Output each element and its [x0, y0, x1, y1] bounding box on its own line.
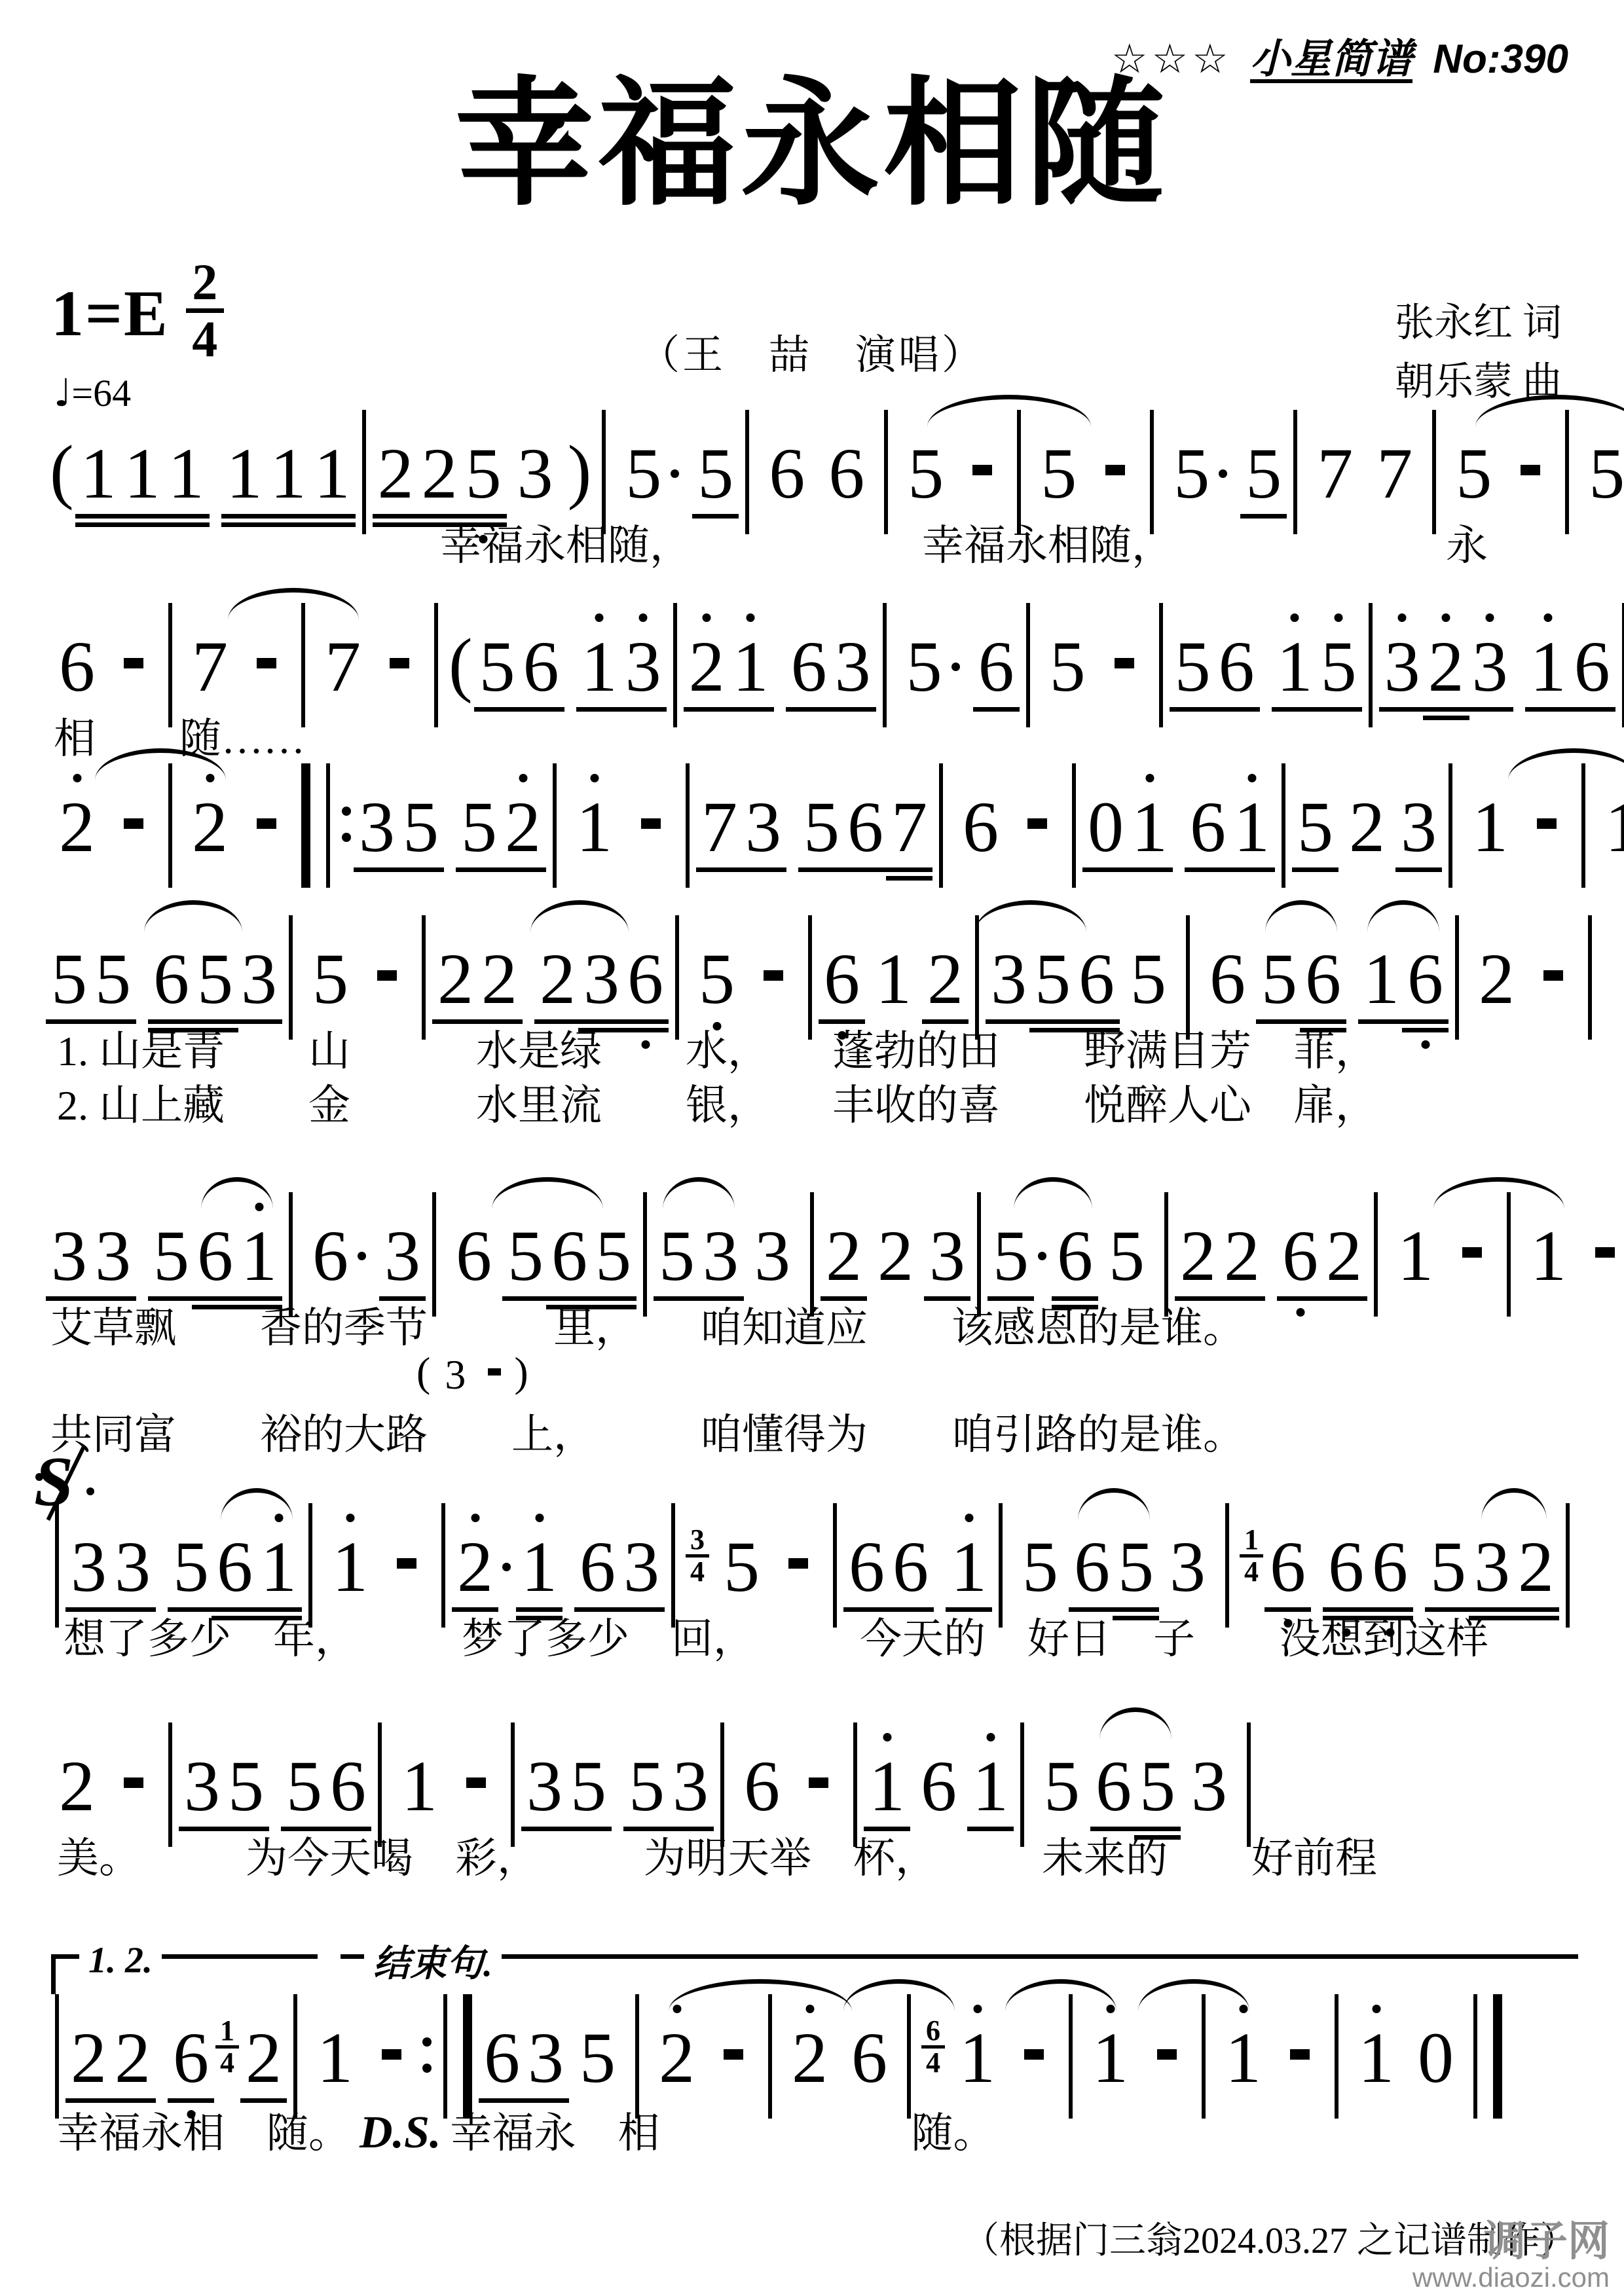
note: 1	[1232, 791, 1271, 863]
underline	[65, 2098, 112, 2103]
barline	[1335, 1994, 1338, 2119]
barline	[1282, 763, 1285, 888]
note: 2	[1223, 1220, 1261, 1292]
barline	[1247, 1722, 1251, 1847]
octave-dot-below	[1386, 1628, 1394, 1637]
octave-dot-above	[883, 1733, 891, 1741]
note: 2	[876, 1220, 915, 1292]
note: 3	[113, 1531, 152, 1603]
underline	[623, 1827, 670, 1831]
note: 3	[1383, 630, 1422, 702]
underline	[1029, 1028, 1076, 1032]
note: 1	[950, 1531, 988, 1603]
underline	[1300, 1028, 1346, 1032]
barline	[1588, 915, 1592, 1040]
underline	[887, 1607, 934, 1612]
parenthesis: (	[416, 1351, 430, 1393]
note: 2	[436, 943, 475, 1015]
underline	[500, 867, 546, 872]
note: 3	[624, 630, 663, 702]
underline	[1292, 867, 1338, 872]
note: 6	[891, 1531, 930, 1603]
repeat-dots	[422, 2037, 432, 2073]
octave-dot-below	[712, 1022, 721, 1030]
barline	[768, 1994, 772, 2119]
dash-beat	[788, 1558, 808, 1569]
underline	[886, 876, 932, 881]
note: 5	[1244, 437, 1283, 509]
note: 5	[1048, 630, 1087, 702]
underline	[255, 1607, 302, 1612]
lyric-line: 幸福永相 随。D.S.幸福永 相 随。	[47, 2105, 1585, 2160]
note: 3	[1399, 791, 1438, 863]
lyric-segment: 幸福永 相 随。	[450, 2110, 995, 2157]
underline	[1402, 1019, 1449, 1024]
notes-row: 33561636565533223565226211	[47, 1201, 1585, 1300]
underline	[728, 707, 774, 712]
underline	[574, 1607, 621, 1612]
meter-denominator: 4	[192, 315, 217, 363]
underline	[523, 2098, 569, 2103]
song-title: 幸福永相随	[0, 76, 1624, 215]
barline	[55, 1994, 59, 2119]
underline	[1300, 1019, 1346, 1024]
note: 2	[657, 2022, 696, 2094]
volta-bracket-1-2: 1. 2.	[51, 1954, 318, 1994]
underline	[379, 1296, 426, 1301]
note: 7	[323, 630, 362, 702]
verse-variant-notes: (3)	[414, 1354, 1585, 1406]
dash-beat	[1115, 658, 1134, 668]
barline	[675, 915, 679, 1040]
barline	[673, 603, 677, 727]
octave-dot-above	[639, 613, 648, 622]
underline	[696, 867, 743, 872]
note: 6	[1073, 1531, 1111, 1603]
note: 1	[520, 1531, 559, 1603]
barline	[289, 1192, 293, 1317]
note: 1	[331, 1531, 369, 1603]
note: 3	[928, 1220, 967, 1292]
note: 3	[183, 1750, 221, 1822]
underline	[986, 1019, 1032, 1024]
time-change: 14	[1240, 1527, 1263, 1584]
underline	[1052, 1296, 1098, 1301]
underline	[886, 867, 932, 872]
note: 2	[58, 791, 96, 863]
note: 1	[1471, 791, 1509, 863]
slur-arc	[1433, 1177, 1564, 1209]
note: 1	[1357, 2022, 1395, 2094]
note: 6	[196, 1220, 234, 1292]
underline	[1423, 707, 1469, 712]
underline	[479, 2098, 525, 2103]
note: 6	[1406, 943, 1445, 1015]
volta-bracket-ending: 结束句.	[341, 1954, 1578, 1994]
note: 2	[244, 2022, 283, 2094]
note: 2	[1325, 1220, 1363, 1292]
barline	[293, 1994, 297, 2119]
underline	[1358, 1019, 1405, 1024]
lyric-line: 幸福永相随， 幸福永相随， 永	[47, 521, 1585, 572]
underline	[1256, 1019, 1302, 1024]
slur-arc	[1014, 1177, 1092, 1209]
note: 1	[1091, 2022, 1130, 2094]
dash-beat	[124, 1777, 143, 1788]
barline	[808, 915, 812, 1040]
barline	[168, 1722, 172, 1847]
dash-beat	[377, 970, 397, 981]
barline	[939, 763, 943, 888]
note: 3	[744, 791, 783, 863]
underline	[163, 522, 210, 527]
underline	[1113, 1616, 1159, 1620]
note: 6	[58, 630, 96, 702]
note: 6	[847, 1531, 886, 1603]
underline	[373, 522, 419, 527]
note: 2	[69, 2022, 108, 2094]
underline	[1423, 716, 1469, 720]
underline	[221, 514, 268, 519]
barline	[326, 763, 330, 888]
note: 5	[1296, 791, 1335, 863]
barline	[1565, 410, 1569, 534]
underline	[518, 707, 564, 712]
note: 6	[1094, 1750, 1133, 1822]
barline	[833, 1503, 837, 1628]
note: 2	[191, 791, 229, 863]
augmentation-dot	[1219, 469, 1227, 478]
barline	[635, 1994, 639, 2119]
underline	[1082, 867, 1129, 872]
barline	[434, 603, 438, 727]
underline	[163, 514, 210, 519]
note: 2	[1348, 791, 1386, 863]
underline	[416, 522, 463, 527]
underline	[1395, 867, 1442, 872]
slur-arc	[663, 1177, 735, 1209]
barline	[301, 763, 310, 888]
note: 5	[285, 1750, 323, 1822]
underline	[236, 1019, 282, 1024]
note: 6	[790, 630, 828, 702]
note: 3	[1473, 1531, 1511, 1603]
underline	[212, 1616, 258, 1620]
note: 5	[594, 1220, 633, 1292]
underline	[830, 707, 876, 712]
note: 5	[697, 943, 736, 1015]
note: 7	[191, 630, 229, 702]
note: 7	[1316, 437, 1354, 509]
dash-beat	[1543, 970, 1563, 981]
underline	[667, 1827, 714, 1831]
note: 5	[94, 943, 132, 1015]
underline	[590, 1305, 637, 1309]
underline	[692, 514, 739, 519]
note: 1	[123, 437, 162, 509]
note: 5	[1116, 1531, 1155, 1603]
underline	[1402, 1028, 1449, 1032]
underline	[1090, 1827, 1137, 1831]
underline	[1525, 707, 1572, 712]
barline	[1493, 1994, 1502, 2119]
barline	[422, 915, 426, 1040]
note: 6	[827, 437, 866, 509]
barline	[1374, 1192, 1378, 1317]
note: 6	[767, 437, 806, 509]
octave-dot-below	[1296, 1308, 1304, 1317]
lyric-line: 2. 山上藏 金 水里流 银， 丰收的喜 悦醉人心 扉，	[47, 1081, 1585, 1131]
barline	[553, 763, 557, 888]
underline	[819, 1019, 865, 1024]
underline	[148, 1028, 194, 1032]
note: 3	[383, 1220, 422, 1292]
barline	[1017, 410, 1021, 534]
barline	[1225, 1503, 1229, 1628]
underline	[1134, 1827, 1181, 1831]
note: 1	[580, 630, 619, 702]
note: 1	[868, 1750, 906, 1822]
notes-row: 677(56132163565561532316	[47, 612, 1585, 710]
barline	[301, 603, 305, 727]
dash-beat	[257, 818, 276, 829]
note: 5	[569, 1750, 608, 1822]
octave-dot-above	[206, 774, 214, 782]
parenthesis: (	[50, 435, 74, 507]
dash-beat	[724, 2049, 743, 2060]
octave-dot-above	[73, 774, 81, 782]
lyric-line: 相 随……	[47, 714, 1585, 765]
octave-dot-below	[838, 1031, 846, 1040]
note: 6	[522, 630, 561, 702]
note: 2	[377, 437, 415, 509]
barline	[55, 1503, 59, 1628]
underline	[460, 522, 507, 527]
dash-beat	[257, 658, 276, 668]
barline	[977, 1192, 981, 1317]
tempo-value: =64	[71, 372, 131, 414]
notes-row: 22614216352266411110	[47, 2003, 1585, 2102]
underline	[75, 522, 122, 527]
octave-dot-below	[1421, 1040, 1430, 1049]
underline	[654, 1296, 700, 1301]
note: 5	[1107, 1220, 1146, 1292]
underline	[1052, 1305, 1098, 1309]
barline	[1369, 603, 1373, 727]
dash-beat	[1027, 818, 1047, 829]
underline	[397, 867, 444, 872]
underline	[75, 514, 122, 519]
note: 5	[478, 630, 517, 702]
note: 2	[420, 437, 459, 509]
lyric-line: 艾草飘 香的季节 里， 咱知道应 该感恩的是谁。	[47, 1303, 1585, 1354]
underline	[1228, 867, 1275, 872]
underline	[967, 1827, 1014, 1831]
note: 5	[1021, 1531, 1060, 1603]
dash-beat	[1537, 818, 1557, 829]
underline	[236, 1305, 282, 1309]
barline	[720, 1722, 724, 1847]
note: 5	[1033, 943, 1072, 1015]
note: 3	[753, 1220, 792, 1292]
note: 5	[1260, 943, 1299, 1015]
dash-beat	[1024, 2049, 1044, 2060]
underline	[223, 1827, 269, 1831]
underline	[1367, 1616, 1413, 1620]
underline	[1175, 1296, 1221, 1301]
note: 5	[906, 437, 945, 509]
dash-beat	[764, 970, 783, 981]
note: 6	[578, 1531, 617, 1603]
watermark-url: www.diaozi.com	[1412, 2263, 1610, 2292]
note: 3	[701, 1220, 740, 1292]
underline	[973, 707, 1020, 712]
octave-dot-above	[274, 1514, 283, 1522]
lyricist-credit: 张永红 词	[1395, 293, 1562, 352]
underline	[1467, 707, 1513, 712]
octave-dot-above	[973, 2005, 982, 2013]
slur-arc	[1078, 1488, 1150, 1520]
note: 2	[1179, 1220, 1217, 1292]
underline	[325, 1827, 371, 1831]
note: 1	[259, 1531, 298, 1603]
notes-row: 235561355361615653	[47, 1732, 1585, 1830]
barline	[432, 1192, 436, 1317]
octave-dot-above	[1247, 774, 1256, 782]
dash-beat	[1462, 1247, 1482, 1258]
barline	[1507, 1192, 1511, 1317]
barline	[1020, 1722, 1024, 1847]
underline	[1425, 1607, 1471, 1612]
notation-system: (1111112253)5566555577556幸福永相随， 幸福永相随， 永	[47, 419, 1585, 572]
underline	[786, 707, 832, 712]
note: 6	[626, 943, 665, 1015]
parenthesis: )	[568, 435, 592, 507]
note: 6	[215, 1531, 254, 1603]
underline	[622, 1019, 669, 1024]
note: 1	[1529, 1220, 1568, 1292]
note: 2	[688, 630, 726, 702]
note: 2	[824, 1220, 863, 1292]
barline	[443, 1994, 447, 2119]
slur-arc	[492, 1177, 603, 1209]
note: 5	[50, 943, 88, 1015]
underline	[546, 1296, 593, 1301]
barline	[1186, 915, 1190, 1040]
augmentation-dot	[502, 1563, 511, 1571]
barline	[1069, 1994, 1073, 2119]
underline	[265, 522, 312, 527]
dash-beat	[1105, 465, 1125, 475]
underline	[618, 1607, 665, 1612]
note: 2	[456, 1531, 515, 1603]
underline	[697, 1296, 744, 1301]
underline	[240, 2098, 287, 2103]
dash-beat	[124, 818, 143, 829]
barline	[1293, 410, 1297, 534]
underline	[168, 2098, 214, 2103]
note: 3	[671, 1750, 710, 1822]
underline	[590, 1296, 637, 1301]
note: 7	[700, 791, 739, 863]
barline	[1026, 603, 1030, 727]
underline	[192, 1296, 238, 1301]
note: 6	[1281, 1220, 1319, 1292]
note: 5	[627, 1750, 666, 1822]
time-change: 14	[215, 2018, 239, 2075]
barline	[1202, 1994, 1206, 2119]
barline	[1432, 410, 1436, 534]
note: 0	[1086, 791, 1125, 863]
note: 5	[401, 791, 440, 863]
barline	[1455, 915, 1459, 1040]
underline	[265, 514, 312, 519]
note: 6	[1189, 791, 1227, 863]
note: 3	[443, 1354, 467, 1396]
underline	[946, 1607, 992, 1612]
note: 2	[1427, 630, 1466, 702]
note: 2	[790, 2022, 829, 2094]
underline	[1113, 1607, 1159, 1612]
dash-beat	[397, 1558, 416, 1569]
note: 6	[550, 1220, 589, 1292]
octave-dot-below	[187, 2110, 195, 2119]
underline	[864, 1827, 910, 1831]
note: 3	[69, 1531, 108, 1603]
underline	[1321, 1296, 1367, 1301]
underline	[521, 1827, 568, 1831]
note: 5	[991, 1220, 1050, 1292]
barline	[463, 1994, 472, 2119]
underline	[842, 867, 889, 872]
octave-dot-above	[747, 613, 755, 622]
underline	[924, 1296, 970, 1301]
underline	[821, 1296, 867, 1301]
note: 3	[989, 943, 1028, 1015]
time-change: 34	[686, 1527, 709, 1584]
barline	[1473, 1994, 1477, 2119]
note: 5	[1039, 437, 1078, 509]
note: 5	[624, 437, 683, 509]
note: 1	[225, 437, 264, 509]
note: 1	[1529, 630, 1568, 702]
barline	[1072, 763, 1076, 888]
note: 5	[227, 1750, 265, 1822]
underline	[119, 514, 166, 519]
note: 5	[506, 1220, 545, 1292]
underline	[476, 1019, 523, 1024]
notation-system: 2235521735676016152311)	[47, 773, 1585, 871]
note: 2	[504, 791, 542, 863]
slur-arc	[1099, 1707, 1172, 1740]
underline	[373, 514, 419, 519]
underline	[1185, 867, 1231, 872]
notation-system: 235561355361615653美。 为今天喝 彩， 为明天举 杯， 未来的…	[47, 1732, 1585, 1884]
note: 6	[329, 1750, 367, 1822]
underline	[1277, 1296, 1323, 1301]
note: 6	[1208, 943, 1247, 1015]
underline	[90, 1296, 136, 1301]
note: 6	[1056, 1220, 1094, 1292]
underline	[1170, 707, 1216, 712]
underline	[622, 1028, 669, 1032]
note: 1	[971, 1750, 1010, 1822]
notation-system: 33561636565533223565226211艾草飘 香的季节 里， 咱知…	[47, 1201, 1585, 1461]
note: 5	[905, 630, 964, 702]
watermark: 调子网 www.diaozi.com	[1412, 2219, 1610, 2292]
underline	[1513, 1616, 1559, 1620]
octave-dot-above	[1486, 613, 1494, 622]
